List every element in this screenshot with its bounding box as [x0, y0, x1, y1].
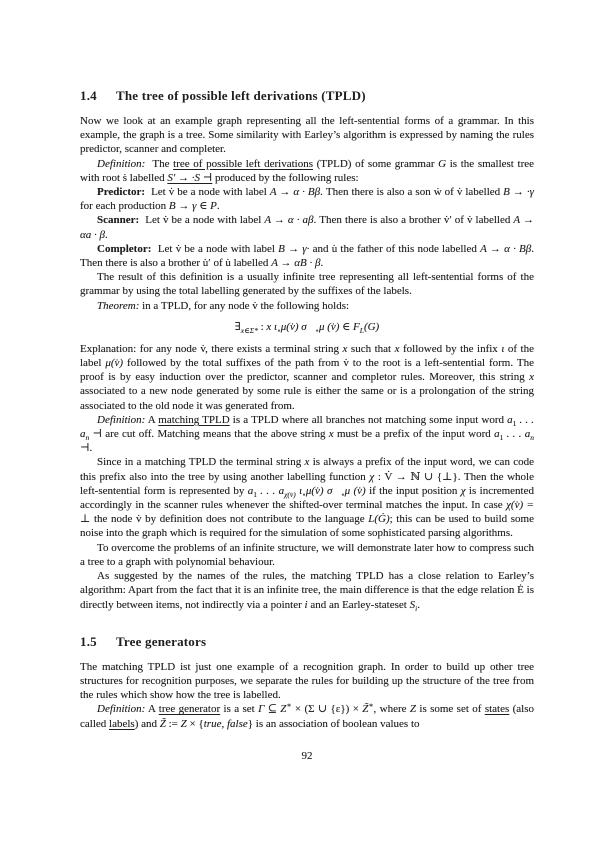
text-segment: χ(v̇) [284, 490, 296, 499]
text-segment: Let v̇ be a node with label [151, 243, 278, 255]
text-segment: associated to a new node generated by so… [80, 385, 534, 411]
text-segment: Completor: [97, 243, 151, 255]
text-segment: is a TPLD where all branches not matchin… [230, 414, 507, 426]
text-segment: x [529, 371, 534, 383]
section-number: 1.5 [80, 634, 116, 650]
text-segment: The [145, 158, 173, 170]
text-segment: followed by the infix [399, 343, 501, 355]
text-segment: such that [347, 343, 394, 355]
text-segment: x∈Σ* [241, 326, 258, 335]
paragraph: Now we look at an example graph represen… [80, 114, 534, 157]
text-segment: B → ·γ [503, 186, 534, 198]
text-segment: Let v̇ be a node with label [139, 214, 264, 226]
text-segment: for each production [80, 200, 169, 212]
paragraph: Scanner: Let v̇ be a node with label A →… [80, 213, 534, 241]
text-segment: B → γ· [278, 243, 309, 255]
text-segment: . [417, 599, 420, 611]
text-segment: in a TPLD, for any node v̇ the following… [139, 300, 349, 312]
page-number: 92 [80, 750, 534, 762]
text-segment: . [217, 200, 220, 212]
text-segment: Predictor: [97, 186, 145, 198]
text-segment: and u̇ the father of this node labelled [309, 243, 480, 255]
text-segment: Definition: [97, 414, 145, 426]
section-heading: 1.4The tree of possible left derivations… [80, 88, 534, 104]
text-segment: Scanner: [97, 214, 139, 226]
text-segment: Let v̇ be a node with label [145, 186, 270, 198]
text-segment: tree generator [159, 703, 220, 715]
text-segment: B → γ ∈ P [169, 200, 217, 212]
text-segment: Definition: [97, 158, 145, 170]
text-segment: A → α · aβ [264, 214, 313, 226]
text-segment: Now we look at an example graph represen… [80, 115, 534, 155]
text-segment: A → α · Bβ [270, 186, 320, 198]
text-segment: Definition: [97, 703, 145, 715]
text-segment: labels [109, 718, 135, 730]
text-segment: × (Σ ∪ {ε}) × [292, 703, 363, 715]
display-formula: ∃x∈Σ* : x ι∘μ(v̇) σ⃖∘μ (v̇) ∈ FL(G) [80, 320, 534, 334]
page-content: 1.4The tree of possible left derivations… [80, 88, 534, 731]
text-segment: G [438, 158, 446, 170]
text-segment: μ(v̇) [105, 357, 123, 369]
text-segment: true, false [204, 718, 248, 730]
text-segment: (TPLD) of some grammar [313, 158, 438, 170]
text-segment: tree of possible left derivations [173, 158, 313, 170]
paragraph: Definition: A matching TPLD is a TPLD wh… [80, 413, 534, 456]
paragraph: The matching TPLD ist just one example o… [80, 660, 534, 703]
text-segment: and an Earley-stateset [308, 599, 410, 611]
text-segment: . Then there is also a son ẇ of v̇ labe… [320, 186, 503, 198]
section-number: 1.4 [80, 88, 116, 104]
text-segment: Since in a matching TPLD the terminal st… [97, 456, 305, 468]
text-segment: must be a prefix of the input word [334, 428, 494, 440]
paragraph: Definition: A tree generator is a set Γ … [80, 702, 534, 730]
text-segment: . . . a [503, 428, 530, 440]
text-segment: states [485, 703, 509, 715]
text-segment: is some set of [416, 703, 485, 715]
text-segment: μ (v̇) ∈ F [319, 321, 360, 333]
text-segment: ⊣ are cut off. Matching means that the a… [89, 428, 329, 440]
text-segment: To overcome the problems of an infinite … [80, 542, 534, 568]
text-segment: μ(v̇) σ⃖ [306, 485, 341, 497]
text-segment: . . . a [257, 485, 284, 497]
text-segment: if the input position [366, 485, 461, 497]
paragraph: Explanation: for any node v̇, there exis… [80, 342, 534, 413]
text-segment: x ι [266, 321, 277, 333]
text-segment: A [145, 414, 158, 426]
paragraph: Theorem: in a TPLD, for any node v̇ the … [80, 299, 534, 313]
paragraph: Predictor: Let v̇ be a node with label A… [80, 185, 534, 213]
text-segment: is a set [220, 703, 258, 715]
text-segment: A → αB · β [271, 257, 320, 269]
text-segment: . Then there is also a brother v̇′ of v̇… [314, 214, 514, 226]
paragraph: Completor: Let v̇ be a node with label B… [80, 242, 534, 270]
text-segment: The result of this definition is a usual… [80, 271, 534, 297]
section-title: Tree generators [116, 634, 206, 649]
text-segment: Explanation: for any node v̇, there exis… [80, 343, 343, 355]
text-segment: × { [187, 718, 204, 730]
paragraph: As suggested by the names of the rules, … [80, 569, 534, 612]
text-segment: followed by the total suffixes of the pa… [80, 357, 534, 383]
text-segment: (G) [364, 321, 379, 333]
text-segment: , where [374, 703, 410, 715]
text-segment: S′ → ·S ⊣ [167, 172, 212, 184]
paragraph: Since in a matching TPLD the terminal st… [80, 455, 534, 540]
document-page: 1.4The tree of possible left derivations… [0, 0, 612, 867]
text-segment: matching TPLD [158, 414, 229, 426]
text-segment: . [105, 229, 108, 241]
text-segment: The matching TPLD ist just one example o… [80, 661, 534, 701]
text-segment: ) and [135, 718, 160, 730]
text-segment: } is an association of boolean values to [248, 718, 420, 730]
text-segment: Γ ⊆ Z [258, 703, 286, 715]
text-segment: A [145, 703, 158, 715]
text-segment: n [530, 433, 534, 442]
text-segment: . [320, 257, 323, 269]
text-segment: Theorem: [97, 300, 139, 312]
text-segment: the node v̇ by definition does not contr… [90, 513, 368, 525]
text-segment: produced by the following rules: [212, 172, 358, 184]
text-segment: ⊣. [80, 442, 92, 454]
section-heading: 1.5Tree generators [80, 634, 534, 650]
text-segment: := [166, 718, 181, 730]
text-segment: μ(v̇) σ⃖ [281, 321, 315, 333]
text-segment: A → α · Bβ [480, 243, 531, 255]
paragraph: To overcome the problems of an infinite … [80, 541, 534, 569]
paragraph: The result of this definition is a usual… [80, 270, 534, 298]
section-title: The tree of possible left derivations (T… [116, 88, 366, 103]
text-segment: μ (v̇) [345, 485, 366, 497]
paragraph: Definition: The tree of possible left de… [80, 157, 534, 185]
text-segment: L(Ġ) [368, 513, 389, 525]
